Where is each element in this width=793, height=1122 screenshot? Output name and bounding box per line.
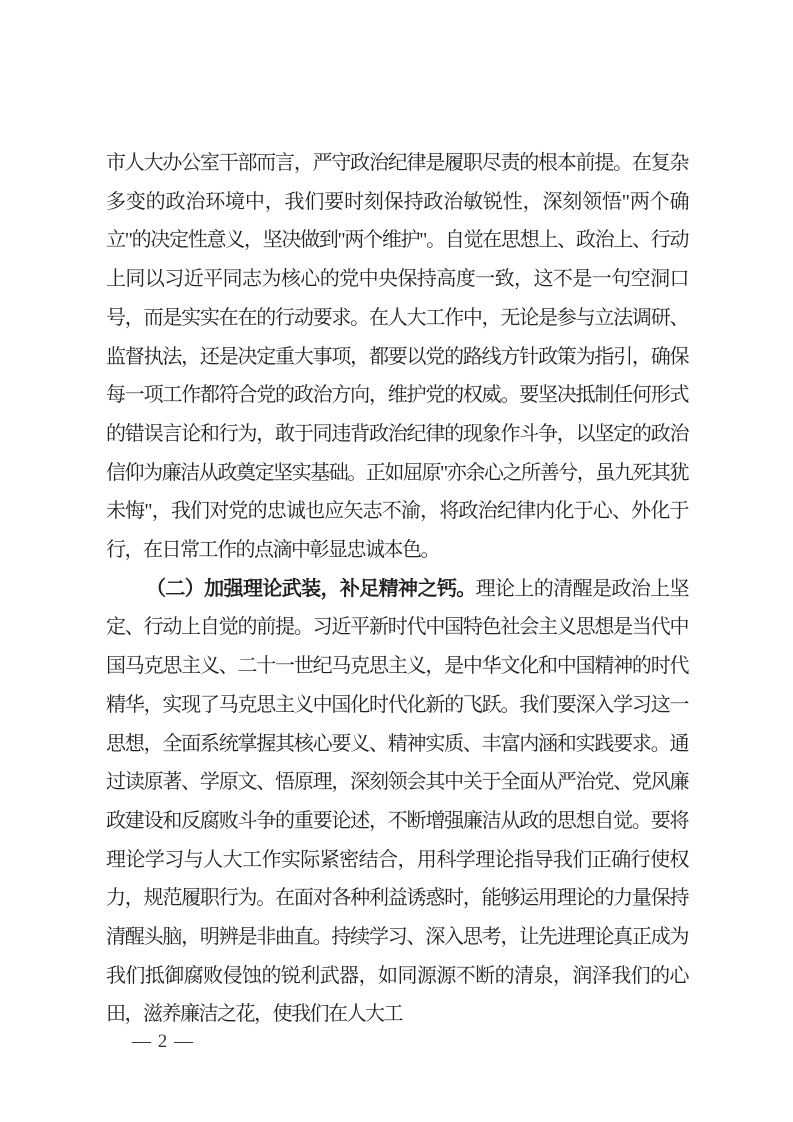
section-heading-text: （二）加强理论武装，补足精神之钙。 <box>146 578 476 600</box>
document-body: 市人大办公室干部而言，严守政治纪律是履职尽责的根本前提。在复杂多变的政治环境中，… <box>106 144 688 1034</box>
body-text: 市人大办公室干部而言，严守政治纪律是履职尽责的根本前提。在复杂多变的政治环境中，… <box>106 152 688 561</box>
paragraph: 市人大办公室干部而言，严守政治纪律是履职尽责的根本前提。在复杂多变的政治环境中，… <box>106 144 688 570</box>
document-page: 市人大办公室干部而言，严守政治纪律是履职尽责的根本前提。在复杂多变的政治环境中，… <box>0 0 793 1122</box>
body-text: 理论上的清醒是政治上坚定、行动上自觉的前提。习近平新时代中国特色社会主义思想是当… <box>106 578 688 1026</box>
page-footer: — 2 — <box>132 1029 194 1055</box>
paragraph: （二）加强理论武装，补足精神之钙。理论上的清醒是政治上坚定、行动上自觉的前提。习… <box>106 570 688 1034</box>
page-number: — 2 — <box>132 1031 194 1052</box>
